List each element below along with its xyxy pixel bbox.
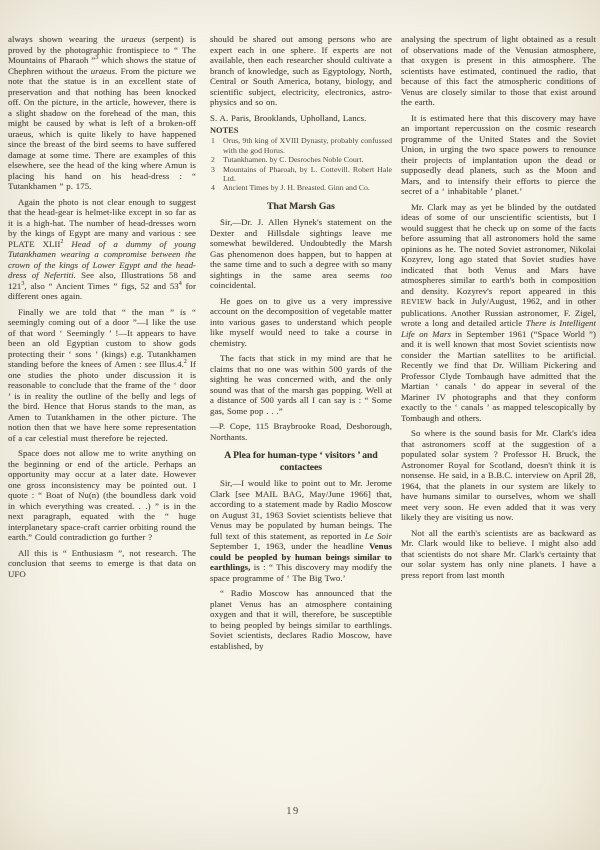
text-run: uraeus	[91, 66, 115, 76]
text-run: too	[381, 270, 392, 280]
paragraph: The facts that stick in my mind are that…	[210, 353, 392, 416]
paragraph: Sir,—Dr. J. Allen Hynek's statement on t…	[210, 217, 392, 291]
note-number: 2	[211, 155, 215, 164]
text-run: Le Soir	[365, 531, 392, 541]
notes-label: NOTES	[210, 126, 392, 135]
text-run: REVIEW	[401, 297, 432, 306]
note-number: 1	[211, 136, 215, 145]
column-2: should be shared out among persons who a…	[210, 34, 392, 806]
column-1: always shown wearing the uraeus (serpent…	[8, 34, 196, 806]
note-item: 2Tutankhamen. by C. Desroches Noble Cour…	[210, 155, 392, 164]
paragraph: So where is the sound basis for Mr. Clar…	[401, 428, 596, 523]
note-number: 4	[211, 183, 215, 192]
text-run: Head of a dummy of young Tutankhamen wea…	[8, 239, 196, 281]
paragraph: Sir,—I would like to point out to Mr. Je…	[210, 478, 392, 583]
paragraph: always shown wearing the uraeus (serpent…	[8, 34, 196, 192]
text-run: 3	[21, 281, 24, 287]
signature: S. A. Paris, Brooklands, Upholland, Lanc…	[210, 113, 392, 124]
column-3: analysing the spectrum of light obtained…	[401, 34, 596, 806]
paragraph: Again the photo is not clear enough to s…	[8, 197, 196, 302]
page-number: 19	[0, 806, 586, 817]
note-item: 1Orus, 9th king of XVIII Dynasty, probab…	[210, 136, 392, 155]
text-run: Venus could be peopled by human beings s…	[210, 541, 392, 572]
paragraph: Not all the earth's scientists are as ba…	[401, 528, 596, 581]
paragraph: He goes on to give us a very impressive …	[210, 296, 392, 349]
paragraph: All this is “ Enthusiasm ”, not research…	[8, 548, 196, 580]
note-number: 3	[211, 165, 215, 174]
letter-heading: A Plea for human-type ‘ visitors ’ and c…	[216, 450, 386, 473]
note-item: 4Ancient Times by J. H. Breasted. Ginn a…	[210, 183, 392, 192]
text-run: 2	[184, 359, 187, 365]
paragraph: “ Radio Moscow has announced that the pl…	[210, 588, 392, 651]
paragraph: Finally we are told that “ the man ” is …	[8, 307, 196, 444]
letter-heading: That Marsh Gas	[216, 201, 386, 213]
signature: —P. Cope, 115 Braybrooke Road, Desboroug…	[210, 421, 392, 442]
text-columns: always shown wearing the uraeus (serpent…	[8, 34, 596, 806]
magazine-page: always shown wearing the uraeus (serpent…	[0, 0, 600, 850]
text-run: 3	[95, 55, 98, 61]
paragraph: It is estimated here that this discovery…	[401, 113, 596, 197]
text-run: 4	[179, 281, 182, 287]
paragraph: should be shared out among persons who a…	[210, 34, 392, 108]
paragraph: Mr. Clark may as yet be blinded by the o…	[401, 202, 596, 424]
paragraph: analysing the spectrum of light obtained…	[401, 34, 596, 108]
notes-section: NOTES1Orus, 9th king of XVIII Dynasty, p…	[210, 126, 392, 193]
text-run: uraeus	[121, 34, 145, 44]
paragraph: Space does not allow me to write anythin…	[8, 448, 196, 543]
text-run: 2	[60, 239, 63, 245]
note-item: 3Mountains of Pharoah, by L. Cottevill. …	[210, 165, 392, 184]
text-run: There is Intelligent Life on Mars	[401, 318, 596, 339]
